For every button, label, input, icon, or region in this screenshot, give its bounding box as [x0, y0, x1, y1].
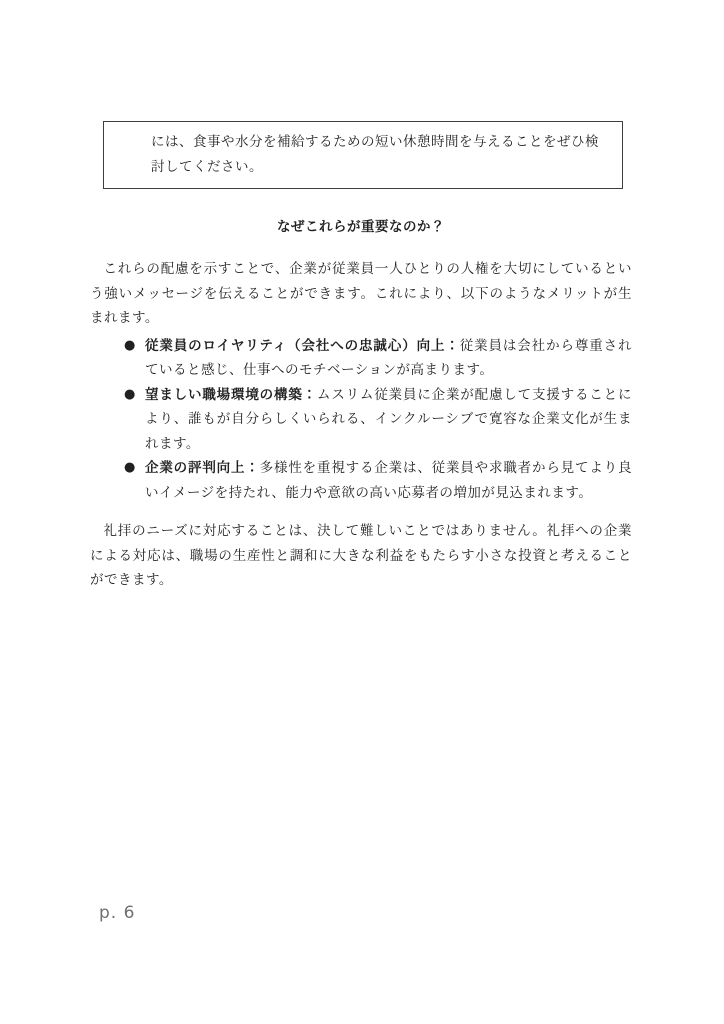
page-number: p. 6 [99, 903, 135, 923]
list-item: ● 従業員のロイヤリティ（会社への忠誠心）向上：従業員は会社から尊重されていると… [90, 334, 632, 383]
list-item-title: 従業員のロイヤリティ（会社への忠誠心）向上： [145, 338, 460, 354]
list-item: ● 望ましい職場環境の構築：ムスリム従業員に企業が配慮して支援することにより、誰… [90, 383, 632, 457]
intro-paragraph: これらの配慮を示すことで、企業が従業員一人ひとりの人権を大切にしているという強い… [90, 257, 632, 331]
callout-text: には、食事や水分を補給するための短い休憩時間を与えることをぜひ検討してください。 [151, 130, 610, 180]
document-page: には、食事や水分を補給するための短い休憩時間を与えることをぜひ検討してください。… [0, 0, 724, 1024]
callout-box: には、食事や水分を補給するための短い休憩時間を与えることをぜひ検討してください。 [103, 121, 623, 189]
list-item: ● 企業の評判向上：多様性を重視する企業は、従業員や求職者から見てより良いイメー… [90, 456, 632, 505]
closing-paragraph: 礼拝のニーズに対応することは、決して難しいことではありません。礼拝への企業による… [90, 519, 632, 593]
bullet-icon: ● [124, 456, 136, 481]
list-item-title: 企業の評判向上： [145, 460, 260, 476]
section-heading: なぜこれらが重要なのか？ [90, 215, 632, 240]
bullet-icon: ● [124, 383, 136, 408]
bullet-icon: ● [124, 334, 136, 359]
list-item-title: 望ましい職場環境の構築： [145, 387, 317, 403]
benefits-list: ● 従業員のロイヤリティ（会社への忠誠心）向上：従業員は会社から尊重されていると… [90, 334, 632, 506]
